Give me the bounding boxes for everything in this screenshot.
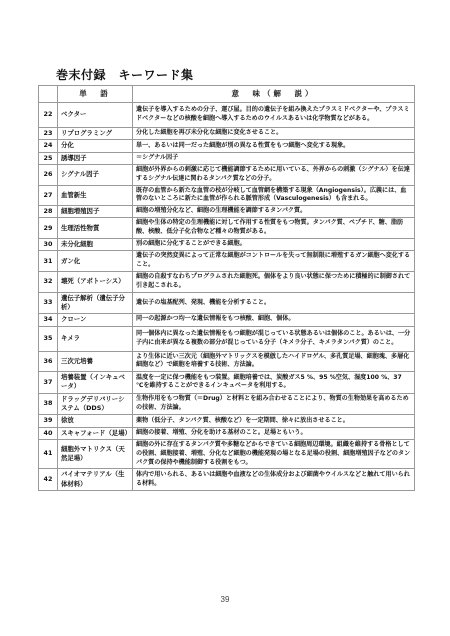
row-meaning: 細胞の増殖分化など、細胞の生理機能を調節するタンパク質。 <box>133 206 415 218</box>
table-row: 27血管新生既存の血管から新たな血管の枝が分岐して血管網を構築する現象（Angi… <box>39 185 415 206</box>
row-number: 23 <box>39 128 58 140</box>
row-number: 37 <box>39 372 58 394</box>
row-term: 遺伝子解析（遺伝子分析） <box>58 292 133 314</box>
header-meaning: 意 味（解 説） <box>133 86 415 103</box>
row-meaning: 同一個体内に異なった遺伝情報をもつ細胞が混じっている状態あるいは個体のこと。ある… <box>133 326 415 351</box>
table-row: 42バイオマテリアル（生体材料）体内で用いられる、あるいは細胞や血液などの生体成… <box>39 469 415 491</box>
table-row: 34クローン同一の起源かつ均一な遺伝情報をもつ核酸、細胞、個体。 <box>39 314 415 326</box>
row-number: 35 <box>39 326 58 351</box>
row-number: 36 <box>39 351 58 372</box>
row-number: 39 <box>39 415 58 427</box>
table-row: 38ドラッグデリバリーシステム（DDS）生物作用をもつ物質（＝Drug）と材料と… <box>39 393 415 415</box>
table-row: 33遺伝子解析（遺伝子分析）遺伝子の塩基配列、発現、機能を分析すること。 <box>39 292 415 314</box>
header-term: 単 語 <box>58 86 133 103</box>
row-number: 32 <box>39 272 58 293</box>
row-term: キメラ <box>58 326 133 351</box>
row-meaning: 別の細胞に分化することができる細胞。 <box>133 239 415 251</box>
row-term: 血管新生 <box>58 185 133 206</box>
row-number: 41 <box>39 439 58 468</box>
row-number: 31 <box>39 251 58 272</box>
row-meaning: 細胞の自殺すなわちプログラムされた細胞死。個体をより良い状態に保つために積極的に… <box>133 272 415 293</box>
row-term: バイオマテリアル（生体材料） <box>58 469 133 491</box>
row-meaning: 遺伝子の塩基配列、発現、機能を分析すること。 <box>133 292 415 314</box>
row-term: 分化 <box>58 140 133 152</box>
table-row: 25誘導因子＝シグナル因子 <box>39 152 415 164</box>
table-row: 30未分化細胞別の細胞に分化することができる細胞。 <box>39 239 415 251</box>
row-meaning: 既存の血管から新たな血管の枝が分岐して血管網を構築する現象（Angiogensi… <box>133 185 415 206</box>
row-number: 34 <box>39 314 58 326</box>
row-term: 徐放 <box>58 415 133 427</box>
table-row: 32壊死（アポトーシス）細胞の自殺すなわちプログラムされた細胞死。個体をより良い… <box>39 272 415 293</box>
row-term: 三次元培養 <box>58 351 133 372</box>
row-term: 生理活性物質 <box>58 218 133 239</box>
row-term: 細胞外マトリクス（天然足場） <box>58 439 133 468</box>
row-term: ドラッグデリバリーシステム（DDS） <box>58 393 133 415</box>
row-meaning: より生体に近い三次元（細胞外マトリックスを模倣したハイドロゲル、多孔質足場、細胞… <box>133 351 415 372</box>
table-header-row: 単 語 意 味（解 説） <box>39 86 415 103</box>
row-number: 40 <box>39 427 58 439</box>
page-number: 39 <box>0 595 450 604</box>
row-meaning: 細胞の接着、増殖、分化を助ける基材のこと。足場ともいう。 <box>133 427 415 439</box>
row-meaning: 薬物（低分子、タンパク質、核酸など）を一定期間、徐々に放出させること。 <box>133 415 415 427</box>
row-term: リプログラミング <box>58 128 133 140</box>
row-meaning: 単一、あるいは同一だった細胞が別の異なる性質をもつ細胞へ変化する現象。 <box>133 140 415 152</box>
row-number: 42 <box>39 469 58 491</box>
row-meaning: ＝シグナル因子 <box>133 152 415 164</box>
row-number: 30 <box>39 239 58 251</box>
header-number <box>39 86 58 103</box>
row-term: 培養装置（インキュベータ） <box>58 372 133 394</box>
row-number: 22 <box>39 103 58 128</box>
table-row: 23リプログラミング分化した細胞を再び未分化な細胞に変化させること。 <box>39 128 415 140</box>
row-number: 29 <box>39 218 58 239</box>
table-row: 24分化単一、あるいは同一だった細胞が別の異なる性質をもつ細胞へ変化する現象。 <box>39 140 415 152</box>
row-meaning: 温度を一定に保つ機能をもつ装置。細胞培養では、炭酸ガス5 %、95 %空気、湿度… <box>133 372 415 394</box>
row-term: 誘導因子 <box>58 152 133 164</box>
row-term: シグナル因子 <box>58 164 133 185</box>
row-meaning: 細胞や生体の特定の生理機能に対して作用する性質をもつ物質。タンパク質、ペプチド、… <box>133 218 415 239</box>
row-number: 38 <box>39 393 58 415</box>
table-row: 22ベクター遺伝子を導入するための分子、運び屋。目的の遺伝子を組み換えたプラスミ… <box>39 103 415 128</box>
row-meaning: 遺伝子を導入するための分子、運び屋。目的の遺伝子を組み換えたプラスミドベクターや… <box>133 103 415 128</box>
table-row: 40スキャフォード（足場）細胞の接着、増殖、分化を助ける基材のこと。足場ともいう… <box>39 427 415 439</box>
table-body: 22ベクター遺伝子を導入するための分子、運び屋。目的の遺伝子を組み換えたプラスミ… <box>39 103 415 491</box>
row-meaning: 遺伝子の突然変異によって正常な細胞がコントロールを失って無制限に増殖するガン細胞… <box>133 251 415 272</box>
row-meaning: 細胞が外界からの刺激に応じて機能調節するために用いている、外界からの刺激（シグナ… <box>133 164 415 185</box>
table-row: 26シグナル因子細胞が外界からの刺激に応じて機能調節するために用いている、外界か… <box>39 164 415 185</box>
row-term: 壊死（アポトーシス） <box>58 272 133 293</box>
keyword-table: 単 語 意 味（解 説） 22ベクター遺伝子を導入するための分子、運び屋。目的の… <box>38 85 415 491</box>
row-number: 28 <box>39 206 58 218</box>
row-number: 27 <box>39 185 58 206</box>
table-row: 29生理活性物質細胞や生体の特定の生理機能に対して作用する性質をもつ物質。タンパ… <box>39 218 415 239</box>
row-term: 未分化細胞 <box>58 239 133 251</box>
table-row: 28細胞増殖因子細胞の増殖分化など、細胞の生理機能を調節するタンパク質。 <box>39 206 415 218</box>
row-term: クローン <box>58 314 133 326</box>
table-row: 36三次元培養より生体に近い三次元（細胞外マトリックスを模倣したハイドロゲル、多… <box>39 351 415 372</box>
row-number: 25 <box>39 152 58 164</box>
table-row: 35キメラ同一個体内に異なった遺伝情報をもつ細胞が混じっている状態あるいは個体の… <box>39 326 415 351</box>
row-meaning: 細胞の外に存在するタンパク質や多糖などからできている細胞周辺環境。組織を維持する… <box>133 439 415 468</box>
row-number: 24 <box>39 140 58 152</box>
table-row: 41細胞外マトリクス（天然足場）細胞の外に存在するタンパク質や多糖などからできて… <box>39 439 415 468</box>
page-title: 巻末付録 キーワード集 <box>56 66 194 83</box>
row-meaning: 生物作用をもつ物質（＝Drug）と材料とを組み合わせることにより、物質の生物効果… <box>133 393 415 415</box>
row-term: 細胞増殖因子 <box>58 206 133 218</box>
row-meaning: 同一の起源かつ均一な遺伝情報をもつ核酸、細胞、個体。 <box>133 314 415 326</box>
table-row: 31ガン化遺伝子の突然変異によって正常な細胞がコントロールを失って無制限に増殖す… <box>39 251 415 272</box>
row-number: 33 <box>39 292 58 314</box>
row-term: ガン化 <box>58 251 133 272</box>
row-number: 26 <box>39 164 58 185</box>
row-term: ベクター <box>58 103 133 128</box>
table-row: 37培養装置（インキュベータ）温度を一定に保つ機能をもつ装置。細胞培養では、炭酸… <box>39 372 415 394</box>
row-meaning: 体内で用いられる、あるいは細胞や血液などの生体成分および細菌やウイルスなどと触れ… <box>133 469 415 491</box>
row-meaning: 分化した細胞を再び未分化な細胞に変化させること。 <box>133 128 415 140</box>
table-row: 39徐放薬物（低分子、タンパク質、核酸など）を一定期間、徐々に放出させること。 <box>39 415 415 427</box>
row-term: スキャフォード（足場） <box>58 427 133 439</box>
